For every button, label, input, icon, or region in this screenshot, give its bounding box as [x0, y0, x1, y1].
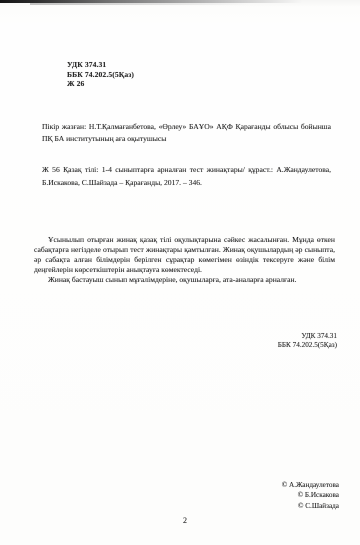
bbk-code: ББК 74.202.5(5Қаз)	[67, 70, 134, 80]
mid-classification-codes: УДК 374.31 ББК 74.202.5(5Қаз)	[278, 332, 337, 349]
annotation-paragraph-2: Жинақ бастауыш сынып мұғалімдеріне, оқуш…	[34, 275, 335, 285]
copyright-line: © Б.Искакова	[282, 490, 339, 500]
page-number: 2	[183, 516, 187, 525]
annotation-paragraph-1: Ұсынылып отырған жинақ қазақ тілі оқулық…	[34, 235, 335, 275]
author-sign-code: Ж 26	[67, 79, 134, 89]
copyright-block: © А.Жандаулетова © Б.Искакова © С.Шайзад…	[282, 480, 339, 511]
udk-code: УДК 374.31	[67, 60, 134, 70]
copyright-line: © А.Жандаулетова	[282, 480, 339, 490]
annotation-block: Ұсынылып отырған жинақ қазақ тілі оқулық…	[34, 235, 335, 285]
scanned-book-imprint-page: УДК 374.31 ББК 74.202.5(5Қаз) Ж 26 Пікір…	[0, 0, 360, 545]
reviewer-note: Пікір жазған: Н.Т.Қалмағанбетова, «Өрлеу…	[42, 121, 331, 145]
bbk-code-repeat: ББК 74.202.5(5Қаз)	[278, 341, 337, 350]
top-classification-codes: УДК 374.31 ББК 74.202.5(5Қаз) Ж 26	[67, 60, 134, 89]
catalog-entry: Ж 56 Қазақ тілі: 1-4 сыныптарға арналған…	[42, 164, 331, 189]
scanner-edge-artifact-shadow	[30, 3, 250, 5]
copyright-line: © С.Шайзада	[282, 501, 339, 511]
udk-code-repeat: УДК 374.31	[278, 332, 337, 341]
